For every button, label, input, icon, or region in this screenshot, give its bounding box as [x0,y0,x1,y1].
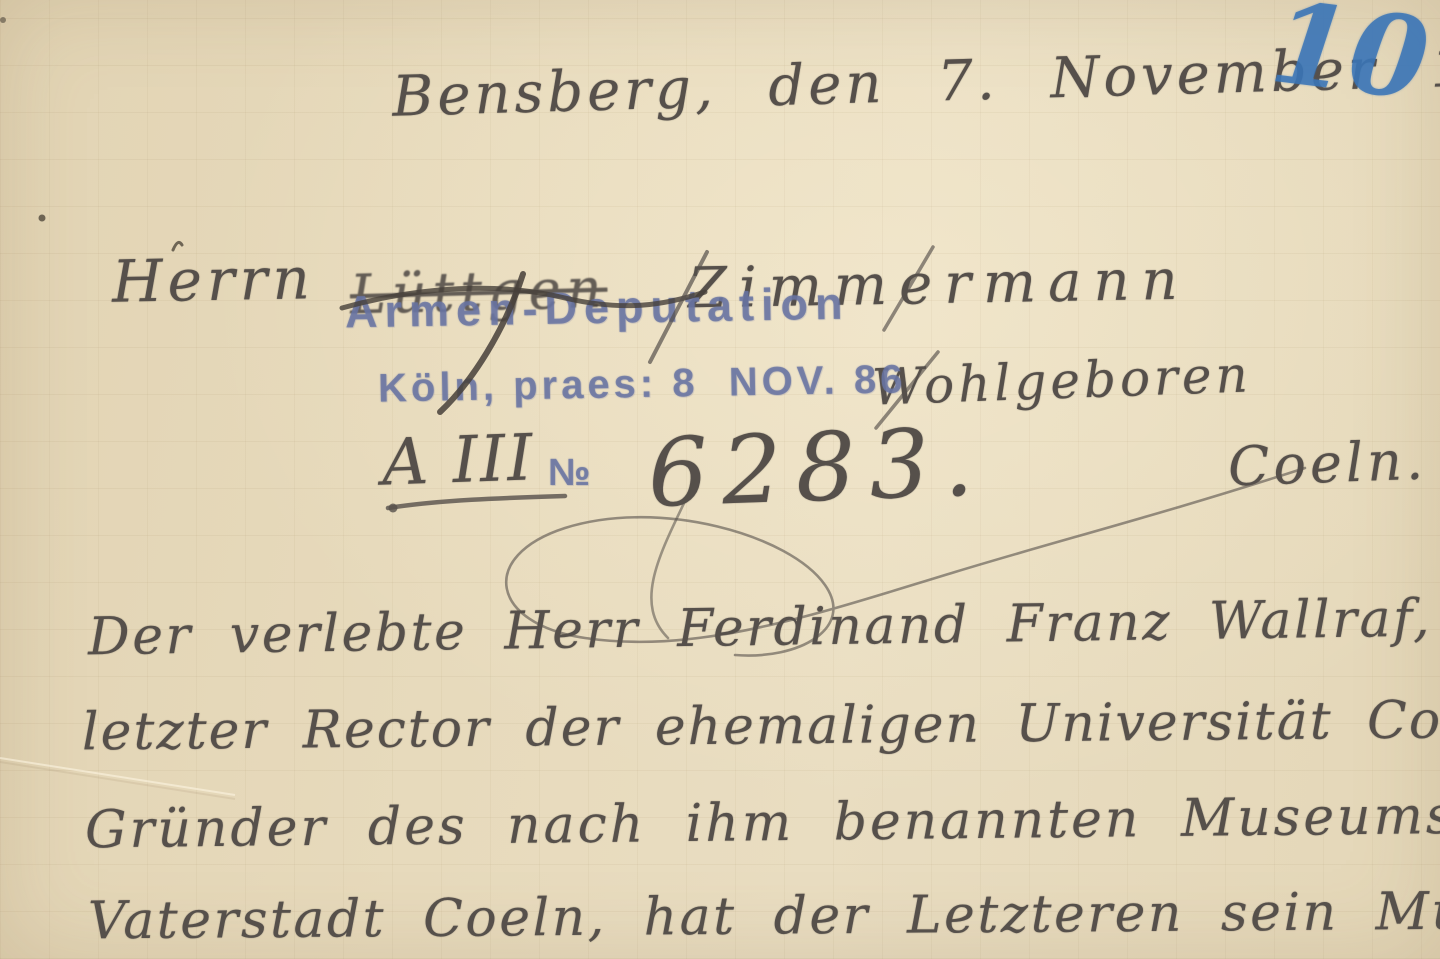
address-honorific: Wohlgeboren [871,345,1252,416]
aiii-underline [389,504,398,513]
letter-scan-page: Bensberg, den 7. November 1886 10 Herrn … [0,0,1440,959]
stamp-numero-sign: № [548,452,590,495]
address-city: Coeln. [1227,429,1428,499]
registry-file-mark: A III [381,421,536,500]
registry-number: 6283. [646,408,989,529]
paper-crease [0,762,235,799]
stamp-office-line: Armen-Deputation [345,278,850,339]
paper-crease [0,758,235,795]
body-line: letzter Rector der ehemaligen Universitä… [82,690,1440,763]
body-line: Der verlebte Herr Ferdinand Franz Wallra… [88,589,1433,668]
body-line: Gründer des nach ihm benannten Museums s… [85,784,1440,861]
address-salutation: Herrn [111,244,315,316]
page-number-blue-crayon: 10 [1265,0,1436,126]
ink-speck [0,17,6,23]
body-line: Vaterstadt Coeln, hat der Letzteren sein… [88,881,1440,952]
ink-speck [39,215,46,222]
stamp-date-line: Köln, praes: 8 NOV. 86 [378,357,907,411]
